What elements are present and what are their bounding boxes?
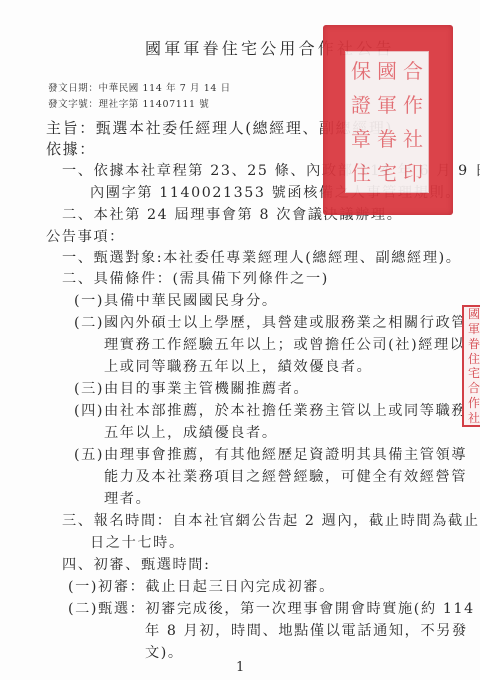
small-seal-stamp: 國 軍 眷 住 宅 合 作 社 [462, 305, 480, 427]
condition-4: (四)由社本部推薦，於本社擔任業務主管以上或同等職務 [74, 402, 467, 420]
condition-1: (一)具備中華民國國民身分。 [74, 292, 278, 310]
seal-glyph: 住 [349, 157, 373, 189]
condition-5-cont-2: 理者。 [104, 490, 151, 508]
condition-2: (二)國內外碩士以上學歷，具營建或服務業之相關行政管 [74, 314, 467, 332]
condition-3: (三)由目的事業主管機關推薦者。 [74, 380, 309, 398]
seal-glyph: 宅 [468, 367, 480, 379]
notice-item-3: 三、報名時間：自本社官網公告起 2 週內，截止時間為截止 [62, 512, 480, 530]
seal-inner-field: 保 國 合 證 軍 作 章 眷 社 住 宅 印 [345, 51, 429, 193]
seal-glyph: 國 [375, 55, 399, 87]
basis-heading: 依據： [46, 140, 96, 158]
seal-glyph: 作 [468, 397, 480, 409]
review-step-2-cont-2: 文)。 [145, 644, 184, 662]
seal-glyph: 住 [468, 353, 480, 365]
seal-glyph: 印 [401, 157, 425, 189]
condition-2-cont-2: 上或同等職務五年以上，績效優良者。 [104, 358, 372, 376]
seal-glyph: 作 [401, 89, 425, 121]
seal-glyph: 宅 [375, 157, 399, 189]
notice-item-4: 四、初審、甄選時間: [62, 556, 210, 574]
seal-glyph: 社 [468, 412, 480, 424]
seal-glyph: 國 [468, 308, 480, 320]
seal-glyph: 軍 [468, 323, 480, 335]
notice-heading: 公告事項： [46, 228, 125, 246]
condition-5-cont-1: 能力及本社業務項目之經營經驗，可健全有效經營管 [104, 468, 467, 486]
seal-glyph: 合 [401, 55, 425, 87]
notice-item-2: 二、具備條件：(需具備下列條件之一) [62, 270, 329, 288]
seal-glyph: 眷 [375, 123, 399, 155]
review-step-1: (一)初審：截止日起三日內完成初審。 [68, 578, 335, 596]
seal-glyph: 社 [401, 123, 425, 155]
seal-glyph: 證 [349, 89, 373, 121]
review-step-2: (二)甄選：初審完成後，第一次理事會開會時實施(約 114 [68, 600, 475, 618]
seal-glyph: 章 [349, 123, 373, 155]
page-number: 1 [236, 660, 244, 675]
seal-glyph: 保 [349, 55, 373, 87]
condition-5: (五)由理事會推薦，有其他經歷足資證明其具備主管領導 [74, 446, 467, 464]
issue-number: 發文字號：理社字第 11407111 號 [48, 96, 209, 110]
seal-glyph: 眷 [468, 338, 480, 350]
official-seal-stamp: 保 國 合 證 軍 作 章 眷 社 住 宅 印 [323, 25, 453, 215]
review-step-2-cont-1: 年 8 月初，時間、地點僅以電話通知，不另發 [145, 622, 468, 640]
notice-item-3-cont: 日之十七時。 [90, 534, 185, 552]
seal-glyph: 合 [468, 382, 480, 394]
condition-4-cont: 五年以上，成績優良者。 [104, 424, 278, 442]
seal-glyph: 軍 [375, 89, 399, 121]
condition-2-cont-1: 理實務工作經驗五年以上；或曾擔任公司(社)經理以 [104, 336, 466, 354]
issue-date: 發文日期：中華民國 114 年 7 月 14 日 [48, 80, 231, 94]
notice-item-1: 一、甄選對象:本社委任專業經理人(總經理、副總經理)。 [62, 249, 462, 267]
document-page: 國軍軍眷住宅公用合作社公告 發文日期：中華民國 114 年 7 月 14 日 發… [0, 0, 480, 680]
